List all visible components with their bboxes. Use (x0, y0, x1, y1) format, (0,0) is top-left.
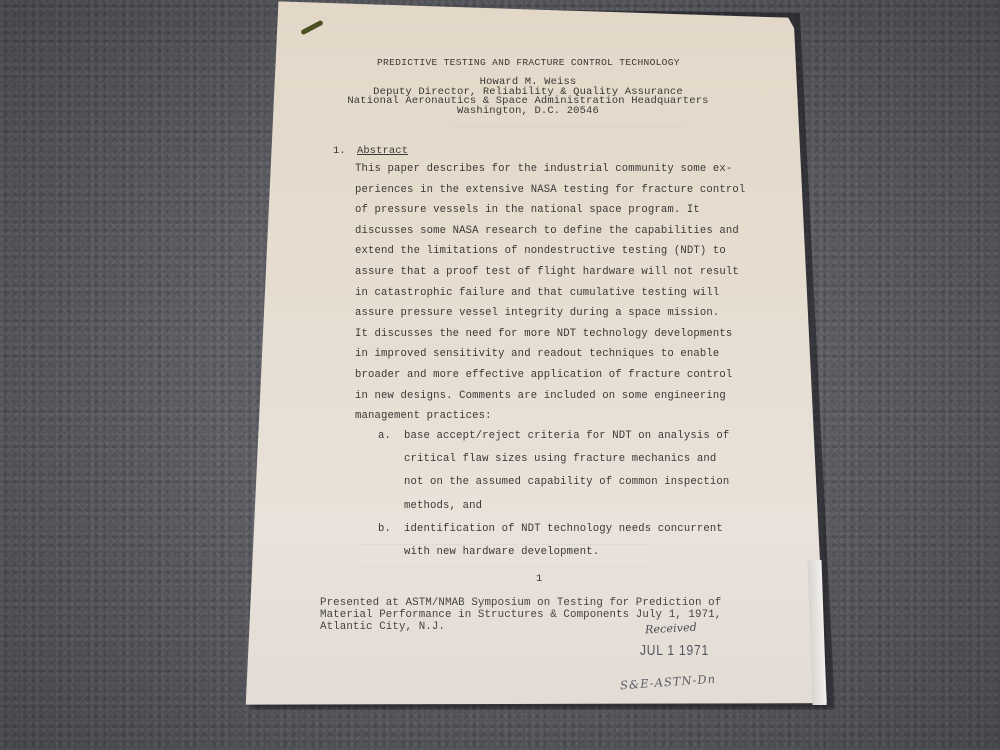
abstract-line: in improved sensitivity and readout tech… (355, 348, 719, 360)
section-title: Abstract (357, 145, 408, 157)
abstract-line: of pressure vessels in the national spac… (355, 204, 700, 216)
abstract-line: periences in the extensive NASA testing … (355, 184, 745, 196)
document-page: PREDICTIVE TESTING AND FRACTURE CONTROL … (0, 0, 1000, 750)
abstract-line: discusses some NASA research to define t… (355, 225, 739, 237)
list-item-line: with new hardware development. (404, 546, 599, 558)
list-item-line: methods, and (404, 500, 482, 512)
section-number: 1. (333, 145, 346, 157)
abstract-line: broader and more effective application o… (355, 369, 732, 381)
list-marker: b. (378, 523, 391, 535)
footnote-line: Presented at ASTM/NMAB Symposium on Test… (320, 597, 721, 609)
list-item-line: base accept/reject criteria for NDT on a… (404, 430, 729, 442)
abstract-line: This paper describes for the industrial … (355, 163, 732, 175)
abstract-line: extend the limitations of nondestructive… (355, 245, 726, 257)
abstract-line: management practices: (355, 410, 492, 422)
received-stamp: Received (645, 621, 698, 637)
footnote-line: Atlantic City, N.J. (320, 621, 445, 633)
list-marker: a. (378, 430, 391, 442)
abstract-line: It discusses the need for more NDT techn… (355, 328, 732, 340)
list-item-line: critical flaw sizes using fracture mecha… (404, 453, 716, 465)
list-item-line: not on the assumed capability of common … (404, 476, 729, 488)
handwritten-signature: S&E-ASTN-Dn (620, 672, 717, 693)
abstract-line: in catastrophic failure and that cumulat… (355, 287, 719, 299)
received-date-stamp: JUL 1 1971 (640, 642, 709, 659)
abstract-line: assure pressure vessel integrity during … (355, 307, 719, 319)
abstract-line: in new designs. Comments are included on… (355, 390, 726, 402)
author-location: Washington, D.C. 20546 (298, 106, 758, 116)
list-item-line: identification of NDT technology needs c… (404, 523, 723, 535)
document-title: PREDICTIVE TESTING AND FRACTURE CONTROL … (377, 57, 680, 68)
footnote-line: Material Performance in Structures & Com… (320, 609, 721, 621)
page-number: 1 (536, 573, 542, 585)
abstract-line: assure that a proof test of flight hardw… (355, 266, 739, 278)
